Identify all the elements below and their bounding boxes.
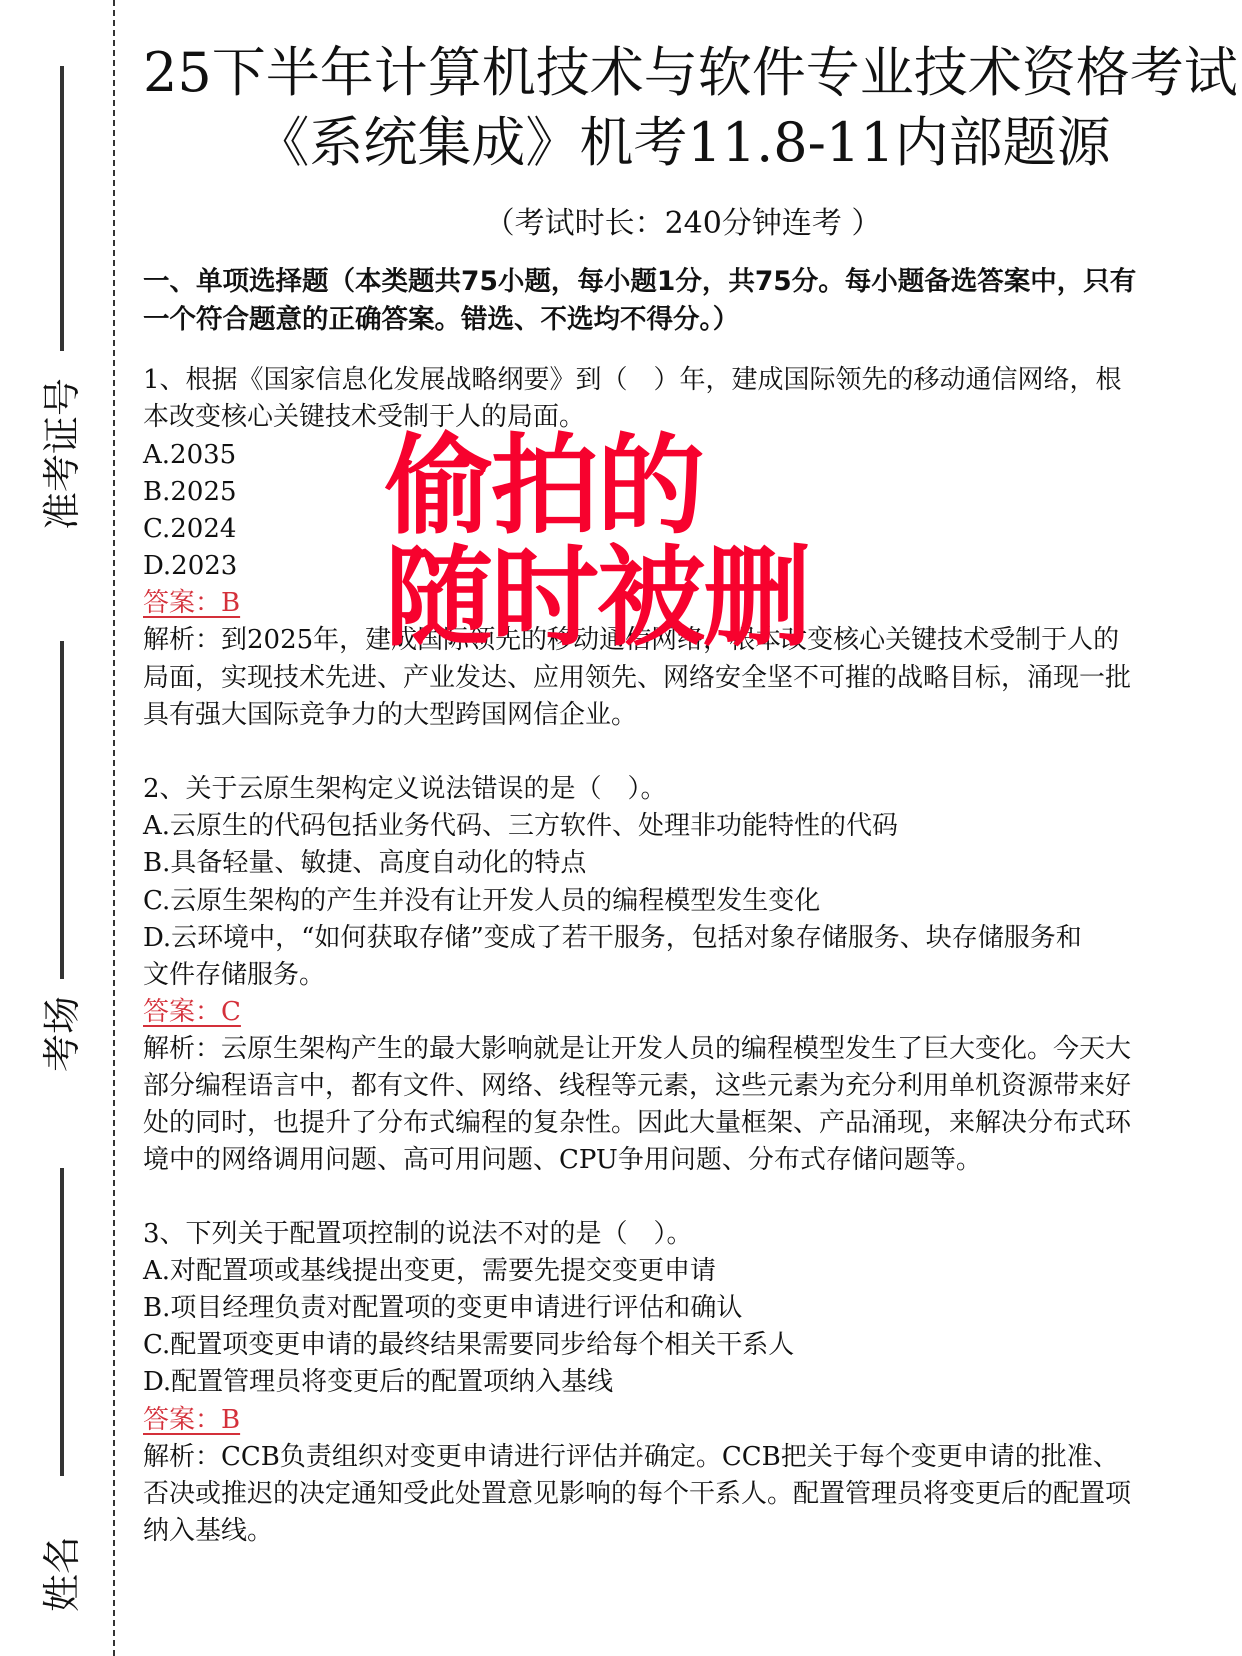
admission-number-label: 准考证号 xyxy=(38,374,86,534)
name-label: 姓名 xyxy=(38,1529,86,1619)
page-title-line1: 25下半年计算机技术与软件专业技术资格考试 xyxy=(143,40,1223,106)
option-a: A.2035 xyxy=(143,437,236,474)
question-stem: 3、下列关于配置项控制的说法不对的是（ ）。 xyxy=(143,1216,693,1253)
analysis-line: 具有强大国际竞争力的大型跨国网信企业。 xyxy=(143,697,637,734)
option-a: A.对配置项或基线提出变更，需要先提交变更申请 xyxy=(143,1253,716,1290)
option-c: C.配置项变更申请的最终结果需要同步给每个相关干系人 xyxy=(143,1327,794,1364)
option-b: B.2025 xyxy=(143,474,237,511)
watermark-line1: 偷拍的 xyxy=(385,428,703,546)
exam-room-fill-line xyxy=(60,641,64,979)
option-d-continued: 文件存储服务。 xyxy=(143,957,325,994)
answer-label: 答案：B xyxy=(143,1402,240,1439)
dashed-cut-line xyxy=(113,0,115,1656)
analysis-line: 部分编程语言中，都有文件、网络、线程等元素，这些元素为充分利用单机资源带来好 xyxy=(143,1068,1131,1105)
option-d: D.云环境中，“如何获取存储”变成了若干服务，包括对象存储服务、块存储服务和 xyxy=(143,920,1082,957)
binding-margin: 准考证号 考场 姓名 xyxy=(0,0,120,1656)
analysis-line: 处的同时，也提升了分布式编程的复杂性。因此大量框架、产品涌现，来解决分布式环 xyxy=(143,1105,1131,1142)
option-b: B.项目经理负责对配置项的变更申请进行评估和确认 xyxy=(143,1290,742,1327)
section-header-line2: 一个符合题意的正确答案。错选、不选均不得分。） xyxy=(143,301,1233,339)
question-stem: 2、关于云原生架构定义说法错误的是（ ）。 xyxy=(143,771,667,808)
section-header-line1: 一、单项选择题（本类题共75小题，每小题1分，共75分。每小题备选答案中，只有 xyxy=(143,263,1233,301)
page-title-line2: 《系统集成》机考11.8-11内部题源 xyxy=(143,110,1223,176)
admission-number-fill-line xyxy=(60,66,64,351)
analysis-line: 否决或推迟的决定通知受此处置意见影响的每个干系人。配置管理员将变更后的配置项 xyxy=(143,1476,1131,1513)
question-stem: 1、根据《国家信息化发展战略纲要》到（ ）年，建成国际领先的移动通信网络，根 xyxy=(143,362,1122,399)
option-b: B.具备轻量、敏捷、高度自动化的特点 xyxy=(143,845,586,882)
analysis-line: 局面，实现技术先进、产业发达、应用领先、网络安全坚不可摧的战略目标，涌现一批 xyxy=(143,660,1131,697)
analysis-line: 境中的网络调用问题、高可用问题、CPU争用问题、分布式存储问题等。 xyxy=(143,1142,982,1179)
option-d: D.2023 xyxy=(143,548,237,585)
analysis-line: 纳入基线。 xyxy=(143,1513,273,1550)
section-header: 一、单项选择题（本类题共75小题，每小题1分，共75分。每小题备选答案中，只有 … xyxy=(143,263,1233,339)
analysis-line: 解析：CCB负责组织对变更申请进行评估并确定。CCB把关于每个变更申请的批准、 xyxy=(143,1439,1119,1476)
exam-room-label: 考场 xyxy=(38,989,86,1079)
option-c: C.云原生架构的产生并没有让开发人员的编程模型发生变化 xyxy=(143,883,820,920)
analysis-line: 解析：云原生架构产生的最大影响就是让开发人员的编程模型发生了巨大变化。今天大 xyxy=(143,1031,1131,1068)
exam-duration: （考试时长：240分钟连考 ） xyxy=(143,204,1223,244)
option-d: D.配置管理员将变更后的配置项纳入基线 xyxy=(143,1364,613,1401)
watermark-line2: 随时被删 xyxy=(385,540,809,658)
name-fill-line xyxy=(60,1168,64,1476)
answer-label: 答案：C xyxy=(143,994,241,1031)
answer-label: 答案：B xyxy=(143,585,240,622)
option-a: A.云原生的代码包括业务代码、三方软件、处理非功能特性的代码 xyxy=(143,808,898,845)
option-c: C.2024 xyxy=(143,511,236,548)
